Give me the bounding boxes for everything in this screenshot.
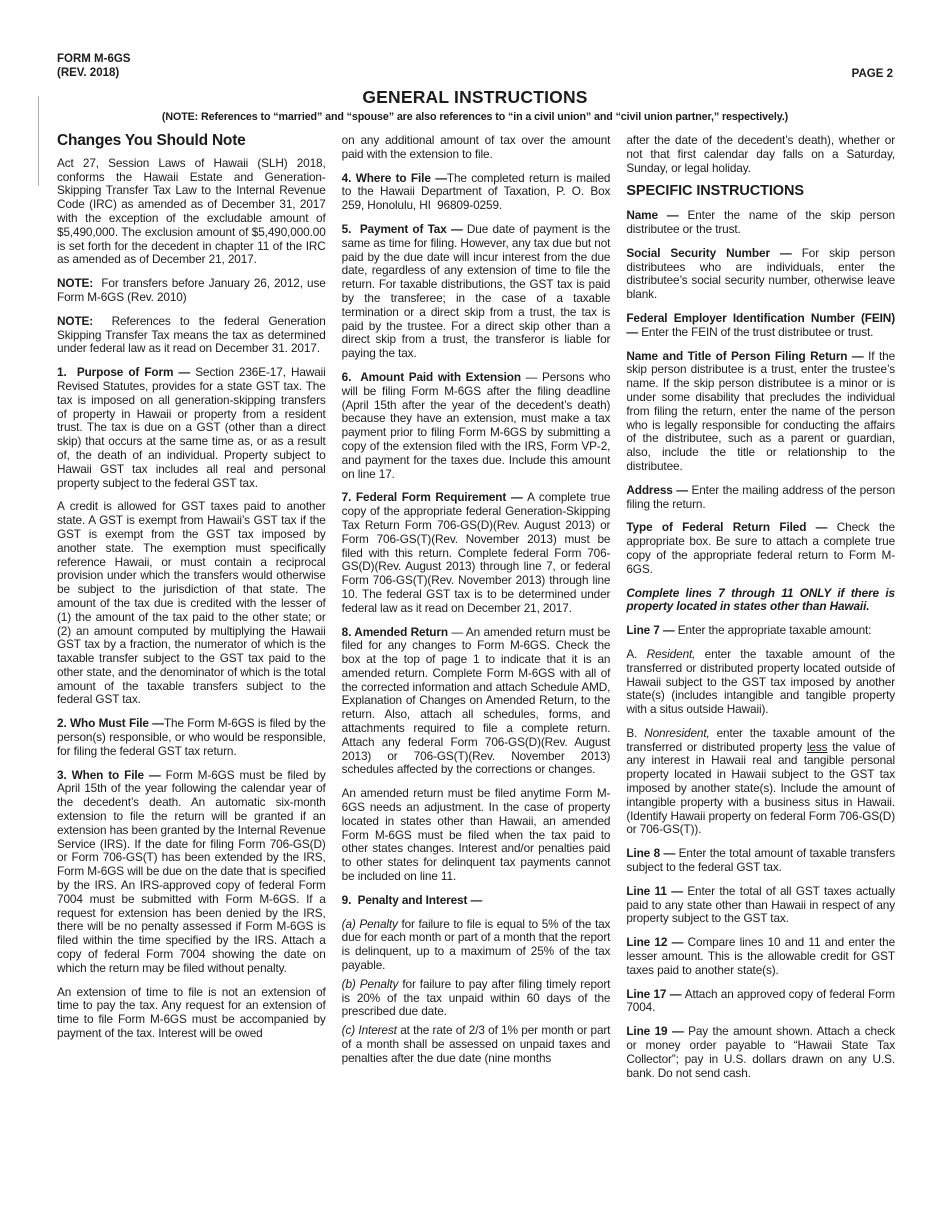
column-1: Changes You Should NoteAct 27, Session L… [57,134,326,1090]
text-run: Line 12 — [626,935,687,949]
form-revision: (REV. 2018) [57,67,130,81]
paragraph: Type of Federal Return Filed — Check the… [626,521,895,576]
text-run: Complete lines 7 through 11 ONLY if ther… [626,586,895,614]
paragraph: after the date of the decedent’s death),… [626,134,895,175]
text-run: (a) Penalty [342,917,398,931]
paragraph: NOTE: For transfers before January 26, 2… [57,277,326,305]
paragraph: 9. Penalty and Interest — [342,894,611,908]
paragraph: 5. Payment of Tax — Due date of payment … [342,223,611,361]
paragraph: Complete lines 7 through 11 ONLY if ther… [626,587,895,615]
paragraph: Social Security Number — For skip person… [626,247,895,302]
paragraph: Line 17 — Attach an approved copy of fed… [626,988,895,1016]
paragraph: (c) Interest at the rate of 2/3 of 1% pe… [342,1024,611,1065]
text-run: the value of any interest in Hawaii real… [626,740,895,837]
paragraph: An extension of time to file is not an e… [57,986,326,1041]
text-run: If the skip person distributee is a trus… [626,349,895,473]
text-run: NOTE: [57,276,93,290]
text-run: NOTE: [57,314,93,328]
paragraph: Name and Title of Person Filing Return —… [626,350,895,474]
text-run: (b) Penalty [342,977,399,991]
text-run: 4. Where to File — [342,171,447,185]
paragraph: 6. Amount Paid with Extension — Persons … [342,371,611,481]
document-page: FORM M-6GS (REV. 2018) PAGE 2 GENERAL IN… [0,0,950,1230]
text-run: 9. Penalty and Interest — [342,893,482,907]
paragraph: Line 7 — Enter the appropriate taxable a… [626,624,895,638]
text-run: Social Security Number — [626,246,801,260]
columns: Changes You Should NoteAct 27, Session L… [0,134,950,1090]
text-run: (c) Interest [342,1023,397,1037]
page-subtitle-note: (NOTE: References to “married” and “spou… [0,111,950,123]
text-run: A. [626,647,646,661]
text-run: Act 27, Session Laws of Hawaii (SLH) 201… [57,156,326,267]
text-run: 8. Amended Return [342,625,448,639]
paragraph: Line 8 — Enter the total amount of taxab… [626,847,895,875]
paragraph: 1. Purpose of Form — Section 236E-17, Ha… [57,366,326,490]
paragraph: 3. When to File — Form M-6GS must be fil… [57,769,326,976]
text-run: Form M-6GS must be filed by April 15th o… [57,768,326,975]
text-run: — An amended return must be filed for an… [342,625,611,777]
text-run: References to the federal Generation Ski… [57,314,326,356]
paragraph: A. Resident, enter the taxable amount of… [626,648,895,717]
paragraph: A credit is allowed for GST taxes paid t… [57,500,326,707]
text-run: An amended return must be filed anytime … [342,786,611,883]
scan-artifact-line [38,96,39,186]
text-run: Line 11 — [626,884,687,898]
text-run: A complete true copy of the appropriate … [342,490,611,614]
text-run: 7. Federal Form Requirement — [342,490,528,504]
text-run: B. [626,726,644,740]
text-run: Name and Title of Person Filing Return — [626,349,868,363]
paragraph: 8. Amended Return — An amended return mu… [342,626,611,778]
paragraph: Address — Enter the mailing address of t… [626,484,895,512]
text-run: on any additional amount of tax over the… [342,133,611,161]
paragraph: Line 11 — Enter the total of all GST tax… [626,885,895,926]
form-number: FORM M-6GS [57,53,130,67]
text-run: 2. Who Must File — [57,716,164,730]
text-run: 6. Amount Paid with Extension [342,370,521,384]
paragraph: B. Nonresident, enter the taxable amount… [626,727,895,837]
page-title: GENERAL INSTRUCTIONS [0,87,950,108]
text-run: Section 236E-17, Hawaii Revised Statutes… [57,365,326,489]
text-run: 5. Payment of Tax — [342,222,467,236]
text-run: Line 19 — [626,1024,688,1038]
text-run: 3. When to File — [57,768,166,782]
paragraph: (b) Penalty for failure to pay after fil… [342,978,611,1019]
text-run: Name — [626,208,687,222]
paragraph: Federal Employer Identification Number (… [626,312,895,340]
text-run: Line 8 — [626,846,678,860]
form-identifier: FORM M-6GS (REV. 2018) [57,53,130,80]
text-run: Enter the appropriate taxable amount: [678,623,872,637]
paragraph: NOTE: References to the federal Generati… [57,315,326,356]
text-run: For transfers before January 26, 2012, u… [57,276,326,304]
text-run: less [807,740,828,754]
section-heading: Changes You Should Note [57,134,326,148]
paragraph: Act 27, Session Laws of Hawaii (SLH) 201… [57,157,326,267]
column-3: after the date of the decedent’s death),… [626,134,895,1090]
paragraph: on any additional amount of tax over the… [342,134,611,162]
text-run: — Persons who will be filing Form M-6GS … [342,370,611,481]
text-run: 1. Purpose of Form — [57,365,195,379]
text-run: Enter the FEIN of the trust distributee … [641,325,873,339]
page-header: FORM M-6GS (REV. 2018) PAGE 2 [0,0,950,80]
paragraph: 2. Who Must File —The Form M-6GS is file… [57,717,326,758]
section-heading: SPECIFIC INSTRUCTIONS [626,185,895,199]
text-run: Address — [626,483,691,497]
paragraph: Name — Enter the name of the skip person… [626,209,895,237]
paragraph: 4. Where to File —The completed return i… [342,172,611,213]
text-run: Line 17 — [626,987,684,1001]
text-run: Type of Federal Return Filed — [626,520,836,534]
paragraph: Line 19 — Pay the amount shown. Attach a… [626,1025,895,1080]
paragraph: An amended return must be filed anytime … [342,787,611,884]
page-number: PAGE 2 [852,68,893,80]
text-run: Nonresident, [644,726,709,740]
text-run: Line 7 — [626,623,677,637]
text-run: after the date of the decedent’s death),… [626,133,895,175]
text-run: An extension of time to file is not an e… [57,985,326,1040]
paragraph: 7. Federal Form Requirement — A complete… [342,491,611,615]
column-2: on any additional amount of tax over the… [342,134,611,1090]
text-run: A credit is allowed for GST taxes paid t… [57,499,326,706]
paragraph: Line 12 — Compare lines 10 and 11 and en… [626,936,895,977]
text-run: Due date of payment is the same as time … [342,222,611,360]
paragraph: (a) Penalty for failure to file is equal… [342,918,611,973]
text-run: Resident, [647,647,696,661]
